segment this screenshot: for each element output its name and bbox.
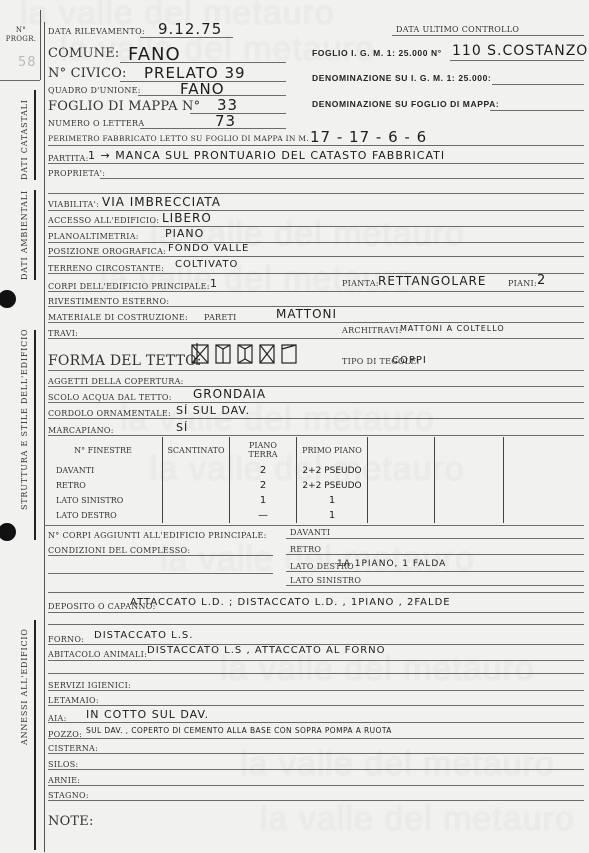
deposito-value[interactable]: ATTACCATO L.D. ; DISTACCATO L.D. , 1PIAN… [130,597,451,608]
cordolo-value[interactable]: SÍ SUL DAV. [176,404,250,417]
rivestimento-label: RIVESTIMENTO ESTERNO: [48,297,169,306]
condizioni-label: CONDIZIONI DEL COMPLESSO: [48,546,190,555]
cell[interactable]: — [230,508,297,523]
field-line [48,145,584,146]
field-line [48,592,584,593]
forno-value[interactable]: DISTACCATO L.S. [94,630,193,641]
side-label-struttura: STRUTTURA E STILE DELL'EDIFICIO [20,329,29,510]
field-line [48,210,584,211]
numero-label: NUMERO o LETTERA [48,119,144,128]
section-bracket [34,330,36,540]
field-line [48,226,584,227]
field-line [48,738,584,739]
field-line [48,242,584,243]
piani-label: PIANI: [508,279,537,288]
field-line [48,291,584,292]
cell[interactable] [435,478,504,493]
roof-shape-options [190,343,302,369]
table-row: RETRO 2 2+2 PSEUDO [44,478,504,493]
progr-box-line [40,10,41,80]
partita-value[interactable]: 1 → MANCA SUL PRONTUARIO DEL CATASTO FAB… [88,149,445,162]
side-label-ambientali: DATI AMBIENTALI [20,190,29,280]
field-line [48,612,584,613]
aia-value[interactable]: IN COTTO SUL DAV. [86,708,209,721]
terreno-value[interactable]: COLTIVATO [175,259,238,270]
servizi-label: SERVIZI IGIENICI: [48,681,131,690]
survey-form-page: la valle del metauro la valle del metaur… [0,0,589,853]
foglio-label: FOGLIO DI MAPPA N° [48,99,200,114]
pareti-label: PARETI [204,313,237,322]
table-header [368,437,435,463]
plano-label: PLANOALTIMETRIA: [48,232,139,241]
tegole-value[interactable]: COPPI [392,355,427,366]
field-line [120,62,286,63]
data-rilevamento-label: DATA RILEVAMENTO: [48,27,145,36]
table-row: DAVANTI 2 2+2 PSEUDO [44,463,504,478]
roof-shape-icons[interactable] [190,343,302,365]
table-header [435,437,504,463]
watermark: la valle del metauro [260,800,575,839]
progr-box-line [0,80,40,81]
field-line [48,418,584,419]
cell[interactable] [163,478,230,493]
watermark: la valle del metauro [120,400,435,439]
field-line [492,84,584,85]
section-bracket [34,90,36,180]
architravi-label: ARCHITRAVI: [342,326,402,335]
windows-table: N° FINESTRE SCANTINATO PIANO TERRA PRIMO… [44,437,504,523]
corpi-aggiunti-label: N° CORPI AGGIUNTI ALL'EDIFICIO PRINCIPAL… [48,531,267,540]
cisterna-label: CISTERNA: [48,744,98,753]
scolo-value[interactable]: GRONDAIA [193,387,266,401]
perimetro-label: PERIMETRO FABBRICATO LETTO SU FOGLIO DI … [48,134,309,143]
cell[interactable]: 2+2 PSEUDO [297,478,368,493]
abitacolo-label: ABITACOLO ANIMALI: [48,650,147,659]
cell[interactable] [163,463,230,478]
field-line [48,163,584,164]
data-ultimo-controllo-label: DATA ULTIMO CONTROLLO [396,25,519,34]
field-line [392,35,584,36]
accesso-label: ACCESSO ALL'EDIFICIO: [48,216,159,225]
plano-value[interactable]: PIANO [165,227,204,240]
field-line [48,785,584,786]
field-line [48,256,584,257]
field-line [48,624,584,625]
field-line [48,555,273,556]
field-line [140,128,286,129]
terreno-label: TERRENO CIRCOSTANTE: [48,264,164,273]
forno-label: FORNO: [48,635,84,644]
punch-hole [0,523,16,541]
letamaio-label: LETAMAIO: [48,696,99,705]
proprieta-label: PROPRIETA': [48,169,105,178]
materiale-label: MATERIALE DI COSTRUZIONE: [48,313,188,322]
abitacolo-value[interactable]: DISTACCATO L.S , ATTACCATO AL FORNO [147,645,386,656]
field-line [48,386,584,387]
igm-label: FOGLIO I. G. M. 1: 25.000 N° [312,48,442,58]
perimetro-value[interactable]: 17 - 17 - 6 - 6 [310,128,427,146]
pareti-value[interactable]: MATTONI [276,307,337,321]
field-line [48,722,584,723]
lato-sinistro-label: LATO SINISTRO [290,576,361,585]
watermark: la valle del metauro [240,745,555,784]
cell[interactable]: 2 [230,463,297,478]
den-foglio-label: DENOMINAZIONE SU FOGLIO DI MAPPA: [312,99,499,109]
quadro-label: QUADRO D'UNIONE: [48,86,141,95]
posizione-label: POSIZIONE OROGRAFICA: [48,247,166,256]
corpi-label: CORPI DELL'EDIFICIO PRINCIPALE: [48,282,210,291]
field-line [48,322,584,323]
cell[interactable] [435,508,504,523]
row-label: RETRO [44,478,163,493]
field-line [48,800,584,801]
cell[interactable]: 2 [230,478,297,493]
cell[interactable] [435,493,504,508]
marcapiano-label: MARCAPIANO: [48,426,114,435]
comune-label: COMUNE: [48,46,120,61]
field-line [190,113,286,114]
den-igm-label: DENOMINAZIONE SU I. G. M. 1: 25.000: [312,73,491,83]
forma-tetto-label: FORMA DEL TETTO: [48,353,202,369]
field-line [48,690,584,691]
field-line [48,753,584,754]
n-progr-label: N° PROGR. [4,26,38,44]
arnie-label: ARNIE: [48,776,80,785]
data-rilevamento-value[interactable]: 9.12.75 [158,20,222,38]
field-line [286,571,584,572]
field-line [286,554,584,555]
table-header-row: N° FINESTRE SCANTINATO PIANO TERRA PRIMO… [44,437,504,463]
retro-label: RETRO [290,545,321,554]
field-line [286,538,584,539]
posizione-value[interactable]: FONDO VALLE [168,243,249,254]
cell[interactable] [368,493,435,508]
note-label: NOTE: [48,814,94,829]
row-label: LATO SINISTRO [44,493,163,508]
lato-destro-value[interactable]: 1A 1PIANO, 1 FALDA [337,559,446,569]
table-header: N° FINESTRE [44,437,163,463]
section-bracket [34,190,36,280]
punch-hole [0,290,16,308]
cell[interactable] [368,478,435,493]
table-header: PRIMO PIANO [297,437,368,463]
field-line [48,660,584,661]
stagno-label: STAGNO: [48,791,89,800]
architravi-value[interactable]: MATTONI A COLTELLO [400,324,505,333]
field-line [490,110,584,111]
travi-label: TRAVI: [48,329,78,338]
viabilita-label: VIABILITA': [48,200,99,209]
cell[interactable]: 2+2 PSEUDO [297,463,368,478]
silos-label: SILOS: [48,760,79,769]
section-bracket [34,620,36,850]
side-label-annessi: ANNESSI ALL'EDIFICIO [20,628,29,745]
n-progr-value: 58 [18,55,37,70]
side-label-catastali: DATI CATASTALI [20,99,29,180]
aggetti-label: AGGETTI DELLA COPERTURA: [48,377,184,386]
field-line [48,370,584,371]
cell[interactable] [368,508,435,523]
row-label: LATO DESTRO [44,508,163,523]
cell[interactable]: 1 [297,493,368,508]
cell[interactable] [163,493,230,508]
cell[interactable]: 1 [230,493,297,508]
piani-value[interactable]: 2 [537,273,546,288]
igm-value[interactable]: 110 S.COSTANZO [452,43,588,59]
field-line [44,525,584,526]
partita-label: PARTITA: [48,154,89,163]
field-line [48,573,273,574]
viabilita-value[interactable]: VIA IMBRECCIATA [102,195,221,209]
pozzo-value[interactable]: SUL DAV. , COPERTO DI CEMENTO ALLA BASE … [86,726,392,735]
civico-label: N° CIVICO: [48,66,127,81]
table-header: SCANTINATO [163,437,230,463]
table-row: LATO DESTRO — 1 [44,508,504,523]
scolo-label: SCOLO ACQUA DAL TETTO: [48,393,172,402]
field-line [48,273,584,274]
marcapiano-value[interactable]: SÍ [176,421,188,434]
cell[interactable] [368,463,435,478]
field-line [138,95,286,96]
field-line [140,37,233,38]
cell[interactable] [435,463,504,478]
table-header: PIANO TERRA [230,437,297,463]
field-line [48,193,584,194]
field-line [48,402,584,403]
row-label: DAVANTI [44,463,163,478]
pianta-label: PIANTA: [342,279,379,288]
pianta-value[interactable]: RETTANGOLARE [378,274,486,288]
field-line [48,705,584,706]
field-line [450,60,584,61]
field-line [48,435,584,436]
field-line [48,769,584,770]
cell[interactable]: 1 [297,508,368,523]
field-line [48,338,584,339]
corpi-value[interactable]: 1 [210,277,218,290]
davanti-label: DAVANTI [290,528,330,537]
cell[interactable] [163,508,230,523]
cordolo-label: CORDOLO ORNAMENTALE: [48,409,171,418]
table-row: LATO SINISTRO 1 1 [44,493,504,508]
field-line [286,585,584,586]
accesso-value[interactable]: LIBERO [162,211,212,225]
field-line [48,673,584,674]
field-line [100,178,584,179]
